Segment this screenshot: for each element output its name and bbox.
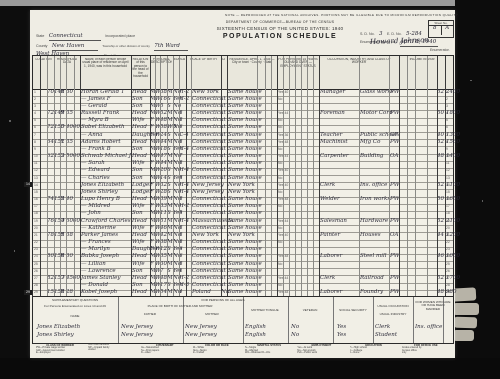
column-headers: LOCATIONHOUSEHOLD DATANAME of each perso… <box>33 56 453 90</box>
cell-value: 30 <box>66 254 74 260</box>
cell-value: 52 <box>437 140 445 146</box>
column-line <box>186 56 187 297</box>
cell-value: 44 <box>160 140 167 146</box>
cell-value: 42 <box>160 233 167 239</box>
cell-value: Connecticut <box>192 283 221 289</box>
column-line <box>427 56 428 297</box>
cell-value: Same house <box>228 147 257 153</box>
cell-value: Yes 48 <box>278 254 318 260</box>
cell-value: 80 <box>47 254 54 260</box>
cell-value: 1650 <box>446 197 456 203</box>
cell-value: Parker James <box>81 233 131 239</box>
cell-value: 8 <box>179 262 186 268</box>
cell-value: 8 <box>179 140 186 146</box>
cell-value: Head <box>132 154 150 160</box>
cell-value: 44 <box>437 233 445 239</box>
cell-value: — Anna <box>81 133 131 139</box>
cell-value: H-2 <box>179 204 186 210</box>
cell-value: 35 <box>66 140 74 146</box>
sheet-letter: A <box>442 26 454 35</box>
cell-value: PW <box>390 90 399 96</box>
cell-value: Same house <box>228 226 257 232</box>
supp-cell-value: New Jersey <box>121 325 179 331</box>
cell-value: 8 <box>179 161 186 167</box>
cell-value: Same house <box>228 247 257 253</box>
cell-value: Ins. office <box>360 183 389 189</box>
cell-value: 6 <box>179 247 186 253</box>
cell-value: Wife <box>132 118 150 124</box>
scan-bottom-border <box>0 358 500 379</box>
cell-value: — Lillian <box>81 262 131 268</box>
supp-ind-label: USUAL INDUSTRY <box>375 313 411 316</box>
cell-value: Connecticut <box>192 276 221 282</box>
cell-value: Head <box>132 233 150 239</box>
column-line <box>221 56 222 297</box>
supp-title: SUPPLEMENTARY QUESTIONS <box>35 299 115 302</box>
column-group-label: FOR PERSONS 14 YEARS OLD AND OVER — EMPL… <box>278 58 318 87</box>
cell-value: 30 <box>160 262 167 268</box>
cell-value: PW <box>390 140 399 146</box>
legend-line: Al—Alien <box>141 352 189 355</box>
cell-value: 48 <box>437 290 445 296</box>
cell-value: Yes 40 <box>278 183 318 189</box>
cell-value: 980 <box>446 290 456 296</box>
cell-value: Foundry <box>360 290 389 296</box>
cell-value: Connecticut <box>192 111 221 117</box>
cell-value: Same house <box>228 97 257 103</box>
cell-value: 26 <box>446 269 452 275</box>
cell-value: Same house <box>228 276 257 282</box>
column-line <box>265 56 266 297</box>
supp-mother-label: MOTHER <box>185 313 239 316</box>
cell-value: Same house <box>228 140 257 146</box>
cell-value: Wife <box>132 204 150 210</box>
column-line <box>47 56 48 297</box>
cell-value: Connecticut <box>192 269 221 275</box>
cell-value: H-4 <box>179 190 186 196</box>
cell-value: 52 <box>437 90 445 96</box>
cell-value: Iron works <box>360 197 389 203</box>
supp-cell-value: New Jersey <box>121 333 179 339</box>
legend-block: CITIZENSHIPNa—NaturalizedPa—First papers… <box>141 344 189 357</box>
cell-value: 44 <box>160 161 167 167</box>
cell-value: 2400 <box>446 90 456 96</box>
cell-value: 15 <box>47 290 54 296</box>
cell-value: Glass works <box>360 90 389 96</box>
cell-value: Connecticut <box>192 247 221 253</box>
column-line <box>389 56 390 297</box>
schedule-grid: LOCATIONHOUSEHOLD DATANAME of each perso… <box>32 55 454 298</box>
column-line <box>173 56 174 297</box>
supp-name-label: NAME <box>35 315 115 318</box>
cell-value: 6 <box>446 125 452 131</box>
supplementary-line-marker: 14 <box>24 182 32 187</box>
cell-value: Head <box>132 90 150 96</box>
cell-value: 12 <box>446 168 452 174</box>
cell-value: 8 <box>179 240 186 246</box>
cell-value: PW <box>390 197 399 203</box>
cell-value: 64 <box>47 140 54 146</box>
cell-value: 1700 <box>446 276 456 282</box>
cell-value: — James F <box>81 97 131 103</box>
cell-value: Connecticut <box>192 133 221 139</box>
cell-value: 5 <box>446 118 452 124</box>
supp-cell-value: Clerk <box>375 325 411 331</box>
cell-value: Head <box>132 125 150 131</box>
supp-cell-value: New Jersey <box>185 325 239 331</box>
cell-value: 1100 <box>446 183 456 189</box>
cell-value: Jones Elizabeth <box>81 183 131 189</box>
cell-value: 9 <box>446 147 452 153</box>
cell-value: 17 <box>446 204 452 210</box>
cell-value: 70 <box>47 90 54 96</box>
column-line <box>227 56 228 297</box>
cell-value: 22 <box>446 240 452 246</box>
cell-value: 8 <box>179 111 186 117</box>
legend-block: COLOR OR RACEW—WhiteNeg—NegroIn—Indian <box>193 344 241 357</box>
cell-value: Lodger <box>132 183 150 189</box>
cell-value: Head <box>132 111 150 117</box>
cell-value: 14 <box>160 176 167 182</box>
cell-value: Same house <box>228 262 257 268</box>
cell-value: Salesman <box>320 219 359 225</box>
cell-value: 1800 <box>446 111 456 117</box>
cell-value: Yes 40 <box>278 90 318 96</box>
cell-value: Same house <box>228 133 257 139</box>
supp-veteran-label: VETERAN <box>290 309 330 312</box>
column-line <box>60 56 61 297</box>
cell-value: 33 <box>160 204 167 210</box>
cell-value: Mfg Co <box>360 140 389 146</box>
legend-line: Wd—Widowed D—Div. <box>245 352 293 355</box>
cell-value: PW <box>390 183 399 189</box>
cell-value: 58 <box>160 125 167 131</box>
column-line <box>359 56 360 297</box>
scan-tape-artifact <box>454 317 477 329</box>
cell-value: Son <box>132 269 150 275</box>
cell-value: 50 <box>437 197 445 203</box>
schedule-rows: 1170148R30Horan Gerald THeadMW38MNoH-2Ne… <box>33 89 453 297</box>
cell-value: 1 <box>179 269 186 275</box>
cell-value: 20 <box>160 168 167 174</box>
cell-value: 3 <box>446 104 452 110</box>
cell-value: Connecticut <box>192 204 221 210</box>
supp-cell-value: Jones Shirley <box>37 333 115 339</box>
cell-value: OA <box>390 154 399 160</box>
census-page: NOTE — REPRODUCED AT THE NATIONAL ARCHIV… <box>30 10 455 358</box>
cell-value: No <box>278 240 318 246</box>
cell-value: 7 <box>160 269 167 275</box>
cell-value: Head <box>132 219 150 225</box>
cell-value: H-3 <box>179 283 186 289</box>
legend-line: E—Employer <box>36 352 84 355</box>
cell-value: Lupo Henry B <box>81 197 131 203</box>
cell-value: Son <box>132 283 150 289</box>
cell-value: 30 <box>66 90 74 96</box>
column-line <box>295 56 296 297</box>
dept-line: DEPARTMENT OF COMMERCE—BUREAU OF THE CEN… <box>200 20 360 25</box>
cell-value: Head <box>132 254 150 260</box>
supp-women-label: FOR WOMEN WHO ARE OR HAVE BEEN MARRIED <box>415 301 451 311</box>
cell-value: New Jersey <box>192 183 221 189</box>
cell-value: Same house <box>228 104 257 110</box>
cell-value: Yes 48 <box>278 140 318 146</box>
scan-tape-artifact <box>453 303 479 315</box>
cell-value: Massachusetts <box>192 219 221 225</box>
cell-value: H-4 <box>179 219 186 225</box>
column-line <box>271 56 272 297</box>
cell-value: 5 <box>160 104 167 110</box>
cell-value: — Edward <box>81 168 131 174</box>
cell-value: Head <box>132 290 150 296</box>
cell-value: 6 <box>179 125 186 131</box>
cell-value: 1560 <box>446 140 456 146</box>
column-group-label: NAME of each person whose usual place of… <box>81 58 130 87</box>
cell-value: 38 <box>66 233 74 239</box>
cell-value: Yes 36 <box>278 133 318 139</box>
supp-occ-label: USUAL OCCUPATION <box>375 305 411 308</box>
cell-value: Connecticut <box>192 118 221 124</box>
cell-value: Adams Robert <box>81 140 131 146</box>
cell-value: Same house <box>228 118 257 124</box>
cell-value: 20 <box>446 226 452 232</box>
cell-value: Head <box>132 276 150 282</box>
cell-value: Same house <box>228 90 257 96</box>
cell-value: Same house <box>228 283 257 289</box>
supp-column-line <box>333 297 334 343</box>
supp-ss-label: SOCIAL SECURITY <box>335 309 371 312</box>
legend-line: In—Indian <box>193 352 241 355</box>
cell-value: Connecticut <box>192 161 221 167</box>
cell-value: 48 <box>160 276 167 282</box>
column-line <box>313 56 314 297</box>
enumerator-title: Enumerator. <box>430 48 450 52</box>
column-line <box>66 56 67 297</box>
column-line <box>80 56 81 297</box>
cell-value: No <box>278 161 318 167</box>
column-line <box>150 56 151 297</box>
cell-value: Son <box>132 176 150 182</box>
cell-value: PW <box>390 290 399 296</box>
cell-value: Same house <box>228 161 257 167</box>
legend-line: only <box>402 352 450 355</box>
column-line <box>319 56 320 297</box>
cell-value: 8 <box>179 118 186 124</box>
cell-value: 23 <box>446 247 452 253</box>
cell-value: 13 <box>446 176 452 182</box>
cell-value: — Myra B <box>81 118 131 124</box>
cell-value: PW <box>390 111 399 117</box>
cell-value: Bubka Joseph <box>81 254 131 260</box>
cell-value: 8 <box>179 176 186 182</box>
cell-value: Carpenter <box>320 154 359 160</box>
cell-value: Yes 40 <box>278 233 318 239</box>
cell-value: Russell Frank <box>81 111 131 117</box>
column-line <box>283 56 284 297</box>
cell-value: 52 <box>437 219 445 225</box>
cell-value: Steel mill <box>360 254 389 260</box>
cell-value: — Donald <box>81 283 131 289</box>
column-line <box>179 56 180 297</box>
cell-value: 18 <box>446 211 452 217</box>
cell-value: H-4 <box>179 168 186 174</box>
cell-value: Son <box>132 211 150 217</box>
column-group-label: LOCATION <box>34 58 53 87</box>
cell-value: 1400 <box>446 154 456 160</box>
cell-value: Schwab Michael J <box>81 154 131 160</box>
cell-value: No <box>278 283 318 289</box>
cell-value: Horan Gerald T <box>81 90 131 96</box>
cell-value: Same house <box>228 125 257 131</box>
cell-value: Yes 48 <box>278 197 318 203</box>
cell-value: Same house <box>228 168 257 174</box>
legend-line: Pub—Public work <box>297 352 345 355</box>
cell-value: — Gerald <box>81 104 131 110</box>
cell-value: Same house <box>228 290 257 296</box>
cell-value: 48 <box>437 154 445 160</box>
supp-cell-value: Yes <box>337 325 357 331</box>
cell-value: Building <box>360 154 389 160</box>
cell-value: Same house <box>228 176 257 182</box>
cell-value: Same house <box>228 254 257 260</box>
supp-column-line <box>118 297 119 343</box>
cell-value: PW <box>390 276 399 282</box>
cell-value: Public school <box>360 133 389 139</box>
column-line <box>257 56 258 297</box>
cell-value: Same house <box>228 219 257 225</box>
legend-block: EMPLOYMENTYes—At workNo—Not at workPub—P… <box>297 344 345 357</box>
cell-value: Railroad <box>360 276 389 282</box>
cell-value: GW <box>390 133 399 139</box>
cell-value: 24 <box>160 133 167 139</box>
cell-value: New York <box>192 90 221 96</box>
supp-column-line <box>288 297 289 343</box>
supp-parents-label: PLACE OF BIRTH OF FATHER AND MOTHER <box>121 305 239 308</box>
cell-value: PW <box>390 254 399 260</box>
cell-value: Connecticut <box>192 125 221 131</box>
supp-cell-value: Student <box>375 333 411 339</box>
sheet-no-box: Sheet No. 8 A <box>428 20 454 38</box>
cell-value: Connecticut <box>192 154 221 160</box>
cell-value: Head <box>132 197 150 203</box>
cell-value: Connecticut <box>192 147 221 153</box>
cell-value: 17 <box>160 283 167 289</box>
cell-value: H-2 <box>179 97 186 103</box>
cell-value: — Katherine <box>81 226 131 232</box>
cell-value: H-4 <box>179 147 186 153</box>
column-line <box>437 56 438 297</box>
column-line <box>40 56 41 297</box>
cell-value: 2100 <box>446 219 456 225</box>
cell-value: 12 <box>160 247 167 253</box>
cell-value: Kobel Joseph <box>81 290 131 296</box>
cell-value: Yes 44 <box>278 111 318 117</box>
cell-value: — Frank B <box>81 147 131 153</box>
cell-value: 82 <box>47 276 54 282</box>
supplementary-line-marker: 29 <box>24 290 32 295</box>
cell-value: Yes 44 <box>278 219 318 225</box>
cell-value: 4000 <box>66 125 74 131</box>
cell-value: 35 <box>66 111 74 117</box>
cell-value: 5 <box>179 211 186 217</box>
cell-value: Same house <box>228 211 257 217</box>
cell-value: 35 <box>160 254 167 260</box>
cell-value: 2 <box>446 97 452 103</box>
supp-cell-value: New Jersey <box>185 333 239 339</box>
cell-value: 40 <box>437 133 445 139</box>
column-line <box>445 56 446 297</box>
supp-cell-value: No <box>291 333 311 339</box>
cell-value: OA <box>390 233 399 239</box>
cell-value: 25 <box>446 262 452 268</box>
column-line <box>289 56 290 297</box>
cell-value: Sabel Elizabeth <box>81 125 131 131</box>
cell-value: Connecticut <box>192 211 221 217</box>
cell-value: C-4 <box>179 133 186 139</box>
cell-value: 28 <box>446 283 452 289</box>
scan-tape-artifact <box>453 330 474 341</box>
cell-value: No <box>278 147 318 153</box>
cell-value: Clerk <box>320 276 359 282</box>
cell-value: Machinist <box>320 140 359 146</box>
cell-value: 5000 <box>66 154 74 160</box>
cell-value: 54 <box>160 290 167 296</box>
cell-value: H-2 <box>179 276 186 282</box>
cell-value: Crawford Charles <box>81 219 131 225</box>
cell-value: Teacher <box>320 133 359 139</box>
cell-value: Connecticut <box>192 97 221 103</box>
sheet-number: 8 <box>429 26 442 35</box>
supp-cell-value: English <box>245 325 285 331</box>
cell-value: Son <box>132 168 150 174</box>
cell-value: 8 <box>179 233 186 239</box>
cell-value: Laborer <box>320 254 359 260</box>
cell-value: — Sarah <box>81 161 131 167</box>
cell-value: H-4 <box>179 183 186 189</box>
cell-value: — Frances <box>81 240 131 246</box>
supp-cell-value: No <box>291 325 311 331</box>
cell-value: Connecticut <box>192 104 221 110</box>
cell-value: H-2 <box>179 90 186 96</box>
cell-value: Son <box>132 97 150 103</box>
cell-value: 76 <box>47 219 54 225</box>
cell-value: Same house <box>228 111 257 117</box>
cell-value: Same house <box>228 197 257 203</box>
cell-value: Hardware <box>360 219 389 225</box>
supp-cell-value: Yes <box>337 333 357 339</box>
cell-value: Same house <box>228 204 257 210</box>
cell-value: 72 <box>47 125 54 131</box>
column-line <box>407 56 408 297</box>
cell-value: 16 <box>160 97 167 103</box>
supp-cell-value: Jones Elizabeth <box>37 325 115 331</box>
cell-value: 8 <box>179 197 186 203</box>
supp-tongue-label: MOTHER TONGUE <box>245 309 285 312</box>
cell-value: 32 <box>160 183 167 189</box>
supp-column-line <box>413 297 414 343</box>
cell-value: Daughter <box>132 133 150 139</box>
cell-value: Laborer <box>320 290 359 296</box>
cell-value: 46 <box>437 254 445 260</box>
cell-value: Same house <box>228 269 257 275</box>
supp-cell-value: English <box>245 333 285 339</box>
cell-value: 4 <box>179 290 186 296</box>
cell-value: 52 <box>160 111 167 117</box>
cell-value: 1200 <box>446 233 456 239</box>
cell-value: New York <box>228 183 257 189</box>
column-group-label: CITIZENSHIP <box>222 58 226 87</box>
cell-value: — John <box>81 211 131 217</box>
